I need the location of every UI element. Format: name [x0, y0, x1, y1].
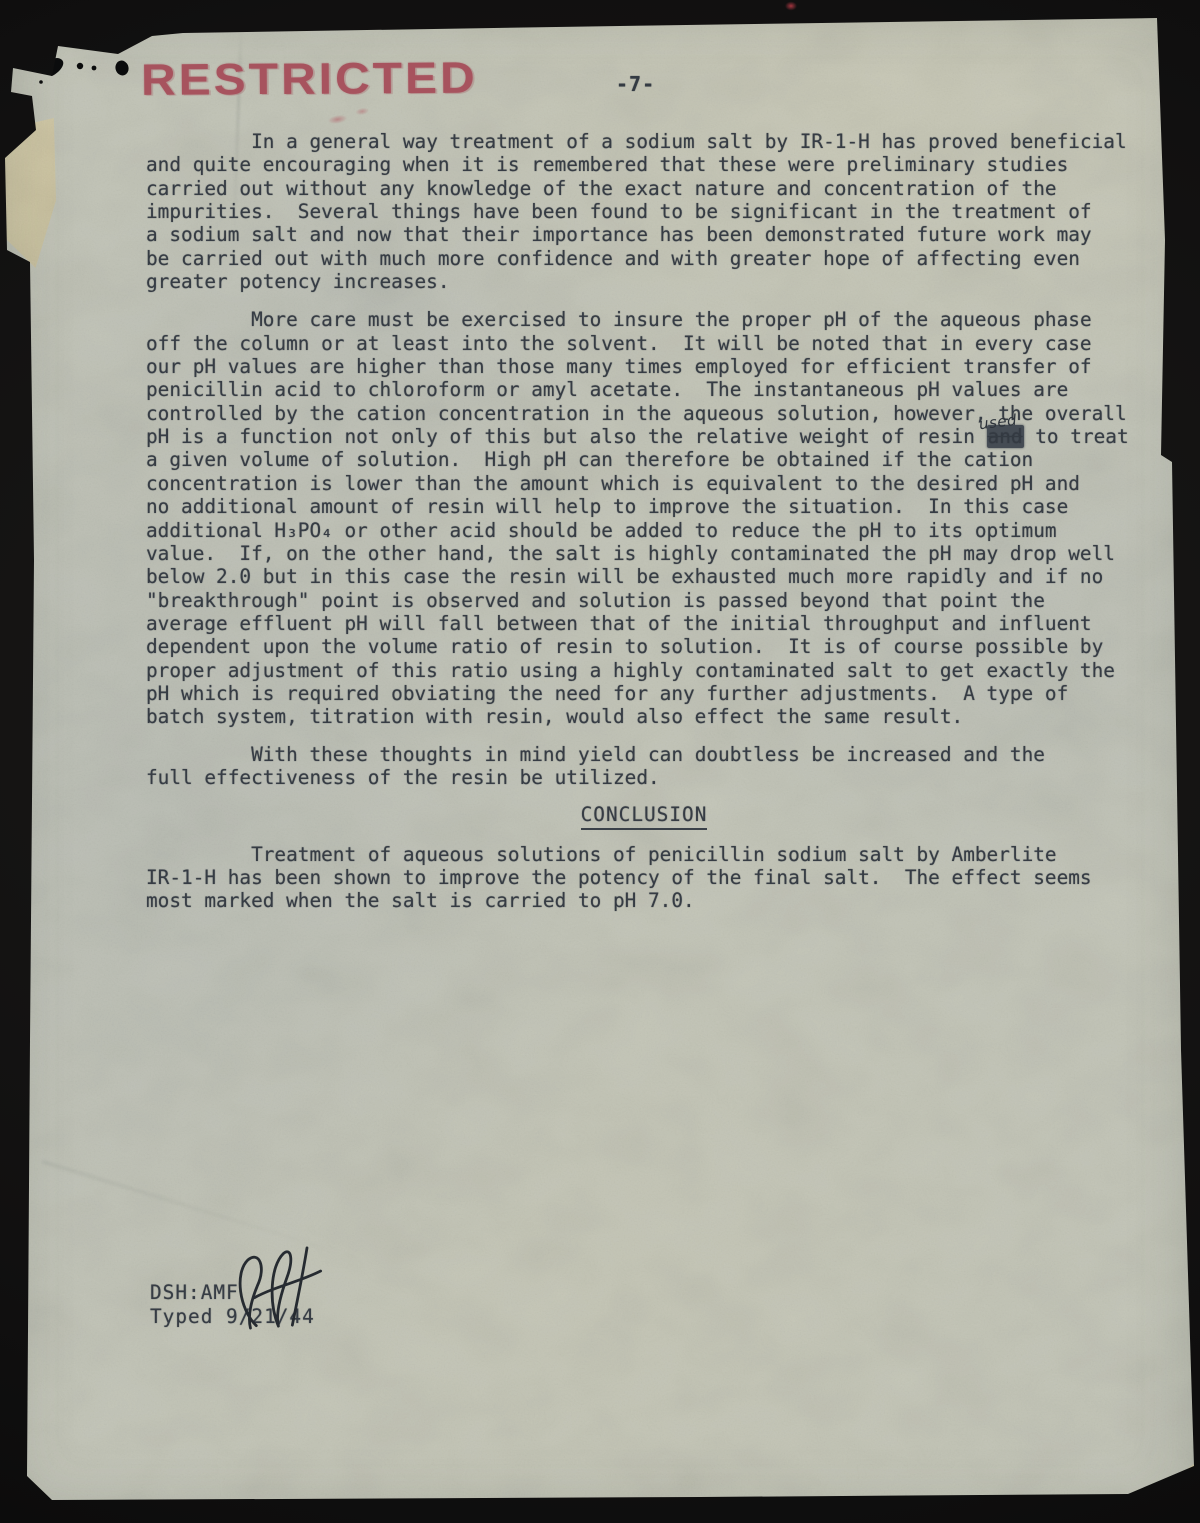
handwritten-initials: [221, 1240, 337, 1343]
paragraph-2-part2: a given volume of solution. High pH can …: [146, 448, 1170, 728]
ink-marks: [36, 44, 146, 88]
strikethrough-word: andused: [987, 425, 1024, 448]
document-page: RESTRICTED -7- In a general way treatmen…: [0, 0, 1200, 1523]
paragraph-2-annotated-line: pH is a function not only of this but al…: [146, 425, 1170, 448]
conclusion-heading-wrap: CONCLUSION: [146, 803, 1170, 829]
page-number: -7-: [616, 72, 655, 96]
conclusion-heading: CONCLUSION: [581, 803, 708, 829]
annotated-line-after: to treat: [1024, 425, 1129, 448]
document-body: In a general way treatment of a sodium s…: [146, 130, 1170, 913]
red-ink-speck: [783, 0, 799, 12]
paragraph-2-part1: More care must be exercised to insure th…: [146, 308, 1170, 425]
restricted-stamp: RESTRICTED: [141, 53, 478, 106]
handwritten-annotation: used: [977, 409, 1018, 437]
paragraph-3: With these thoughts in mind yield can do…: [146, 743, 1170, 790]
scan-background: RESTRICTED -7- In a general way treatmen…: [0, 0, 1200, 1523]
folded-corner: [1146, 1458, 1198, 1496]
conclusion-paragraph: Treatment of aqueous solutions of penici…: [146, 843, 1170, 913]
annotated-line-before: pH is a function not only of this but al…: [146, 425, 987, 448]
paragraph-1: In a general way treatment of a sodium s…: [146, 130, 1170, 293]
tape-fragment: [2, 118, 56, 268]
